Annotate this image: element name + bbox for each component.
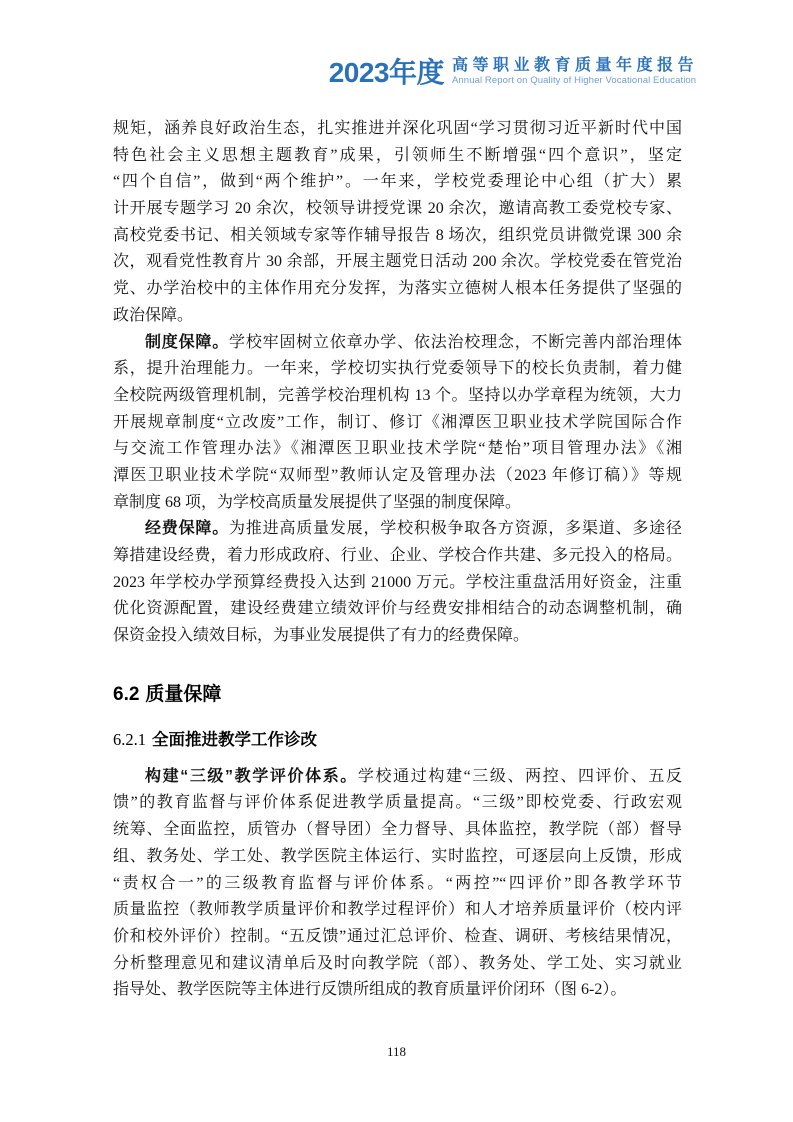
text-line: 规矩，涵养良好政治生态，扎实推进并深化巩固“学习贯彻习近平新时代中国 (113, 116, 682, 143)
text-line: 制度保障。学校牢固树立依章办学、依法治校理念，不断完善内部治理体 (113, 330, 682, 357)
text-line: 特色社会主义思想主题教育”成果，引领师生不断增强“四个意识”，坚定 (113, 143, 682, 170)
paragraph: 制度保障。学校牢固树立依章办学、依法治校理念，不断完善内部治理体系，提升治理能力… (113, 330, 682, 517)
text-line: 高校党委书记、相关领域专家等作辅导报告 8 场次，组织党员讲微党课 300 余 (113, 223, 682, 250)
text-line: 分析整理意见和建议清单后及时向教学院（部）、教务处、学工处、实习就业 (113, 951, 682, 978)
paragraph: 规矩，涵养良好政治生态，扎实推进并深化巩固“学习贯彻习近平新时代中国特色社会主义… (113, 116, 682, 330)
heading-text: 全面推进教学工作诊改 (152, 731, 317, 749)
text-line: 馈”的教育监督与评价体系促进教学质量提高。“三级”即校党委、行政宏观 (113, 790, 682, 817)
header-year-label: 2023年度 (329, 58, 444, 88)
header-title-en: Annual Report on Quality of Higher Vocat… (452, 75, 698, 86)
text-line: 2023 年学校办学预算经费投入达到 21000 万元。学校注重盘活用好资金，注… (113, 570, 682, 597)
section-heading: 6.2质量保障 (113, 683, 682, 706)
text-line: 计开展专题学习 20 余次，校领导讲授党课 20 余次，邀请高教工委党校专家、 (113, 196, 682, 223)
paragraph: 经费保障。为推进高质量发展，学校积极争取各方资源，多渠道、多途径筹措建设经费，着… (113, 516, 682, 649)
text-line: 保资金投入绩效目标，为事业发展提供了有力的经费保障。 (113, 623, 682, 650)
text-line: 政治保障。 (113, 303, 682, 330)
text-line: 全校院两级管理机制，完善学校治理机构 13 个。坚持以办学章程为统领，大力 (113, 383, 682, 410)
paragraph-lead: 构建“三级”教学评价体系。 (145, 768, 358, 785)
paragraph-lead: 经费保障。 (145, 520, 229, 537)
heading-number: 6.2 (113, 684, 139, 705)
heading-text: 质量保障 (145, 684, 221, 705)
paragraph-lead: 制度保障。 (145, 334, 229, 351)
text-line: 筹措建设经费，着力形成政府、行业、企业、学校合作共建、多元投入的格局。 (113, 543, 682, 570)
subsection-heading: 6.2.1全面推进教学工作诊改 (113, 730, 682, 750)
text-line: “四个自信”，做到“两个维护”。一年来，学校党委理论中心组（扩大）累 (113, 169, 682, 196)
page-header: 2023年度 高等职业教育质量年度报告 Annual Report on Qua… (329, 56, 698, 88)
text-line: 党、办学治校中的主体作用充分发挥，为落实立德树人根本任务提供了坚强的 (113, 276, 682, 303)
heading-number: 6.2.1 (113, 730, 146, 749)
text-line: 经费保障。为推进高质量发展，学校积极争取各方资源，多渠道、多途径 (113, 516, 682, 543)
text-line: 组、教务处、学工处、教学医院主体运行、实时监控，可逐层向上反馈，形成 (113, 844, 682, 871)
text-line: 与交流工作管理办法》《湘潭医卫职业技术学院“楚怡”项目管理办法》《湘 (113, 436, 682, 463)
header-title-cn: 高等职业教育质量年度报告 (452, 56, 698, 75)
text-line: 价和校外评价）控制。“五反馈”通过汇总评价、检查、调研、考核结果情况， (113, 924, 682, 951)
text-line: 潭医卫职业技术学院“双师型”教师认定及管理办法（2023 年修订稿）》等规 (113, 463, 682, 490)
page-number: 118 (0, 1044, 793, 1060)
text-line: 优化资源配置，建设经费建立绩效评价与经费安排相结合的动态调整机制，确 (113, 596, 682, 623)
paragraph: 构建“三级”教学评价体系。学校通过构建“三级、两控、四评价、五反馈”的教育监督与… (113, 764, 682, 1004)
text-line: 章制度 68 项，为学校高质量发展提供了坚强的制度保障。 (113, 490, 682, 517)
text-line: 构建“三级”教学评价体系。学校通过构建“三级、两控、四评价、五反 (113, 764, 682, 791)
text-line: 开展规章制度“立改废”工作，制订、修订《湘潭医卫职业技术学院国际合作 (113, 410, 682, 437)
text-line: 指导处、教学医院等主体进行反馈所组成的教育质量评价闭环（图 6-2）。 (113, 977, 682, 1004)
document-body: 规矩，涵养良好政治生态，扎实推进并深化巩固“学习贯彻习近平新时代中国特色社会主义… (113, 116, 682, 1004)
text-line: 统筹、全面监控，质管办（督导团）全力督导、具体监控，教学院（部）督导 (113, 817, 682, 844)
text-line: “责权合一”的三级教育监督与评价体系。“两控”“四评价”即各教学环节 (113, 871, 682, 898)
text-line: 系，提升治理能力。一年来，学校切实执行党委领导下的校长负责制，着力健 (113, 356, 682, 383)
header-titles: 高等职业教育质量年度报告 Annual Report on Quality of… (452, 56, 698, 86)
text-line: 质量监控（教师教学质量评价和教学过程评价）和人才培养质量评价（校内评 (113, 897, 682, 924)
text-line: 次，观看党性教育片 30 余部，开展主题党日活动 200 余次。学校党委在管党治 (113, 249, 682, 276)
report-page: 2023年度 高等职业教育质量年度报告 Annual Report on Qua… (0, 0, 793, 1122)
